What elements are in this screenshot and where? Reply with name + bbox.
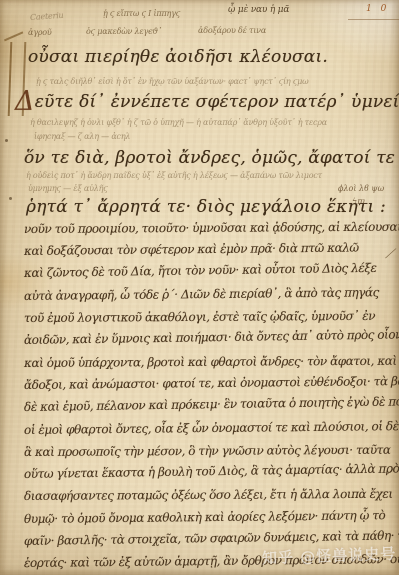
commentary-line: οὕτω γίνεται ἕκαστα ἡ βουλὴ τοῦ Διὸς, ἃ … (24, 461, 399, 481)
ink-dot (9, 197, 12, 200)
gloss-line: ᾧ μὲ ναυ ἡ μᾶ (228, 5, 289, 15)
verse-line: ὅν τε διὰ, βροτοὶ ἄνδρες, ὁμῶς, ἄφατοί τ… (24, 148, 399, 168)
margin-flourish: ⟋ (385, 247, 394, 262)
commentary-line: καὶ ὁμοῦ ὑπάρχοντα, βροτοὶ καὶ φθαρτοὶ ἄ… (24, 354, 397, 370)
commentary-line: δὲ καὶ ἐμοῦ, πέλανον καὶ πρόκειμ· ἓν τοι… (24, 394, 399, 414)
commentary-line: νοῦν τοῦ προοιμίου, τοιοῦτο· ὑμνοῦσαι κα… (24, 220, 399, 236)
gloss-line: ἡ οὐδεὶς ποτ᾽ ἡ ἄνδρη παῖδες ὑξ᾽ ἐξ αὐτῆ… (26, 171, 322, 180)
commentary-line: αὐτὰ ἀναγραφῆ, ὧ τόδε ῥ΄· Διῶν δὲ πιερία… (24, 285, 379, 303)
commentary-line: τοῦ ἐμοῦ λογιστικοῦ ἀκαθόλογι, ἐστὲ ταῖς… (24, 309, 375, 325)
manuscript-page: 1 0 Caeteriu ᾑ ϛ εἴπτω ϛ Ι ἱππηγϛ ᾧ μὲ ν… (0, 0, 399, 575)
commentary-line: οἱ ἐμοὶ φθαρτοὶ ὄντες, οἷα ἐξ ὧν ὀνομαστ… (24, 419, 399, 437)
gloss-line: ἀδοξάρου δέ τινα (198, 26, 266, 35)
ink-dot (5, 139, 8, 142)
verse-line: ῥητά τ᾽ ἄρρητά τε· διὸς μεγάλοιο ἕκητι : (26, 197, 386, 217)
gloss-line: ὀϛ μακεδὼν λεγϵϑ᾽ (86, 27, 162, 36)
gloss-line: ἀγροῦ (28, 28, 52, 37)
folio-rule (348, 19, 399, 20)
gloss-line: Caeteriu (30, 11, 64, 22)
verse-text: ὅν τε διὰ, βροτοὶ ἄνδρες, ὁμῶς, ἄφατοί τ… (24, 148, 399, 168)
verse-text: οὖσαι πιερίηθε ἀοιδῆσι κλέουσαι. (28, 47, 328, 67)
folio-number: 1 0 (366, 4, 389, 14)
commentary-line: καὶ ζῶντος δὲ τοῦ Δία, ἤτοι τὸν νοῦν· κα… (24, 261, 377, 280)
commentary-line: θυμῷ· τὸ ὁμοῦ ὄνομα καθολικὴ καὶ ἀορίες … (24, 508, 385, 526)
gloss-line: ἡ θαϲιλεψηζ ἡ ὀνλι φξθ᾽ ἡ ζ τῶ ὁ ὑπηχῆ —… (30, 118, 327, 127)
commentary-line: ἄδοξοι, καὶ ἀνώμαστοι· φατοί τε, καὶ ὀνο… (24, 374, 399, 392)
commentary-line: διασαφήσαντες ποταμῶς ὀξέως ὅσο λέξει, ἔ… (24, 487, 393, 503)
gloss-line: ᾑ ϛ εἴπτω ϛ Ι ἱππηγϛ (103, 9, 180, 18)
commentary-line: ἀοιδῶν, καὶ ἐν ὕμνοις καὶ ποιήμασι· διὰ … (24, 327, 399, 347)
verse-initial: Δ (15, 86, 35, 117)
verse-text: ῥητά τ᾽ ἄρρητά τε· διὸς μεγάλοιο ἕκητι : (26, 197, 386, 217)
verse-text: εῦτε δί᾽ ἐννέπετε σφέτερον πατέρ᾽ ὑμνείο… (35, 92, 399, 112)
commentary-line: ἃ καὶ προσωποῖς τὴν μέσον, ὃ τὴν γνῶσιν … (24, 443, 391, 459)
margin-note: ϕλοὶ λϐ ψω (338, 184, 384, 193)
margin-note: ϟπι (352, 197, 366, 206)
verse-line: Δεῦτε δί᾽ ἐννέπετε σφέτερον πατέρ᾽ ὑμνεί… (15, 92, 399, 112)
commentary-line: καὶ δοξάζουσαι τὸν σφέτερον καὶ ἐμὸν πρᾶ… (24, 240, 359, 258)
gloss-line: ᾑ ϛ ταλς διῆλθ᾽ εἰσὶ ἡ ὅτ᾽ ἐν ἤχῳ τῶν ὑα… (36, 77, 308, 86)
verse-line: οὖσαι πιερίηθε ἀοιδῆσι κλέουσαι. (28, 47, 328, 67)
gloss-line: ὑμνημηϛ — ἐξ αὐλῆϛ (28, 184, 108, 193)
gloss-line: ἱφηϲηαξ — ζ αλη — ἀϲηλ (34, 132, 130, 141)
